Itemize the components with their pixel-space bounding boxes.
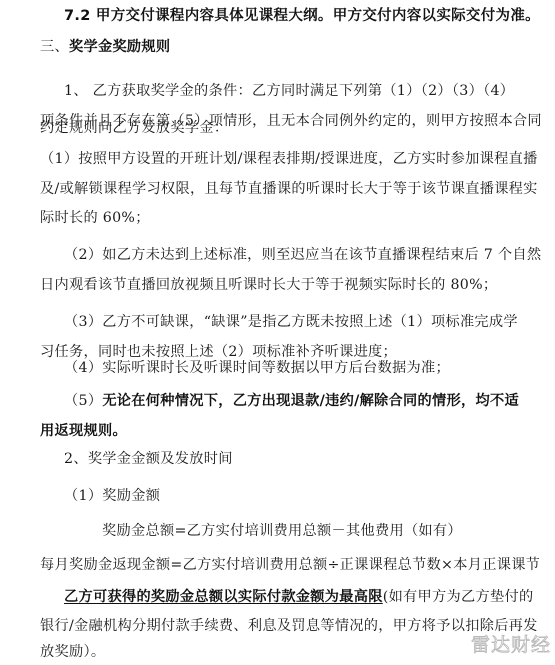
condition-5-prefix: （5）: [64, 393, 102, 409]
cap-clause-line-1: 乙方可获得的奖励金总额以实际付款金额为最高限(如有甲方为乙方垫付的: [64, 588, 533, 606]
clause-7-2: 7.2 甲方交付课程内容具体见课程大纲。甲方交付内容以实际交付为准。: [64, 7, 540, 25]
section-3-number: 三、: [40, 39, 69, 55]
watermark-logo: 雷达财经: [471, 630, 551, 657]
cap-clause-rest: (如有甲方为乙方垫付的: [383, 589, 534, 605]
condition-2-line-1: （2）如乙方未达到上述标准，则至迟应当在该节直播课程结束后 7 个自然: [64, 246, 541, 264]
cap-clause-line-3: 放奖励）。: [40, 643, 105, 661]
section-3-heading: 三、奖学金奖励规则: [40, 38, 170, 56]
cap-clause-line-2: 银行/金融机构分期付款手续费、利息及罚息等情况的，甲方将予以扣除后再发: [40, 617, 538, 635]
condition-5-text: 无论在何种情况下，乙方出现退款/违约/解除合同的情形，均不适: [102, 393, 519, 409]
cap-clause-underlined: 乙方可获得的奖励金总额以实际付款金额为最高限: [64, 589, 383, 605]
formula-monthly: 每月奖励金返现金额=乙方实付培训费用总额÷正课课程总节数×本月正课课节: [40, 556, 540, 574]
sub-1-title: （1）奖励金额: [64, 487, 160, 505]
condition-1-line-3: 际时长的 60%；: [40, 209, 150, 227]
condition-5-line-1: （5）无论在何种情况下，乙方出现退款/违约/解除合同的情形，均不适: [64, 392, 519, 410]
condition-2-line-2: 日内观看该节直播回放视频且听课时长大于等于视频实际时长的 80%；: [40, 276, 497, 294]
condition-1-line-1: （1）按照甲方设置的开班计划/课程表排期/授课进度，乙方实时参加课程直播: [40, 150, 538, 168]
item-2-title: 2、奖学金金额及发放时间: [64, 450, 233, 468]
condition-3-line-1: （3）乙方不可缺课，“缺课”是指乙方既未按照上述（1）项标准完成学: [64, 313, 518, 331]
contract-document: 7.2 甲方交付课程内容具体见课程大纲。甲方交付内容以实际交付为准。 三、奖学金…: [0, 0, 555, 665]
formula-total: 奖励金总额=乙方实付培训费用总额－其他费用（如有）: [102, 522, 462, 540]
condition-1-line-2: 及/或解锁课程学习权限，且每节直播课的听课时长大于等于该节课直播课程实: [40, 180, 538, 198]
item-1-line-3: 约定规则向乙方发放奖学金：: [40, 119, 228, 137]
condition-4: （4）实际听课时长及听课时间等数据以甲方后台数据为准；: [64, 359, 450, 377]
item-1-line-1: 1、 乙方获取奖学金的条件：乙方同时满足下列第（1）（2）（3）（4）: [64, 82, 514, 100]
section-3-title: 奖学金奖励规则: [69, 39, 170, 55]
condition-5-line-2: 用返现规则。: [40, 422, 127, 440]
